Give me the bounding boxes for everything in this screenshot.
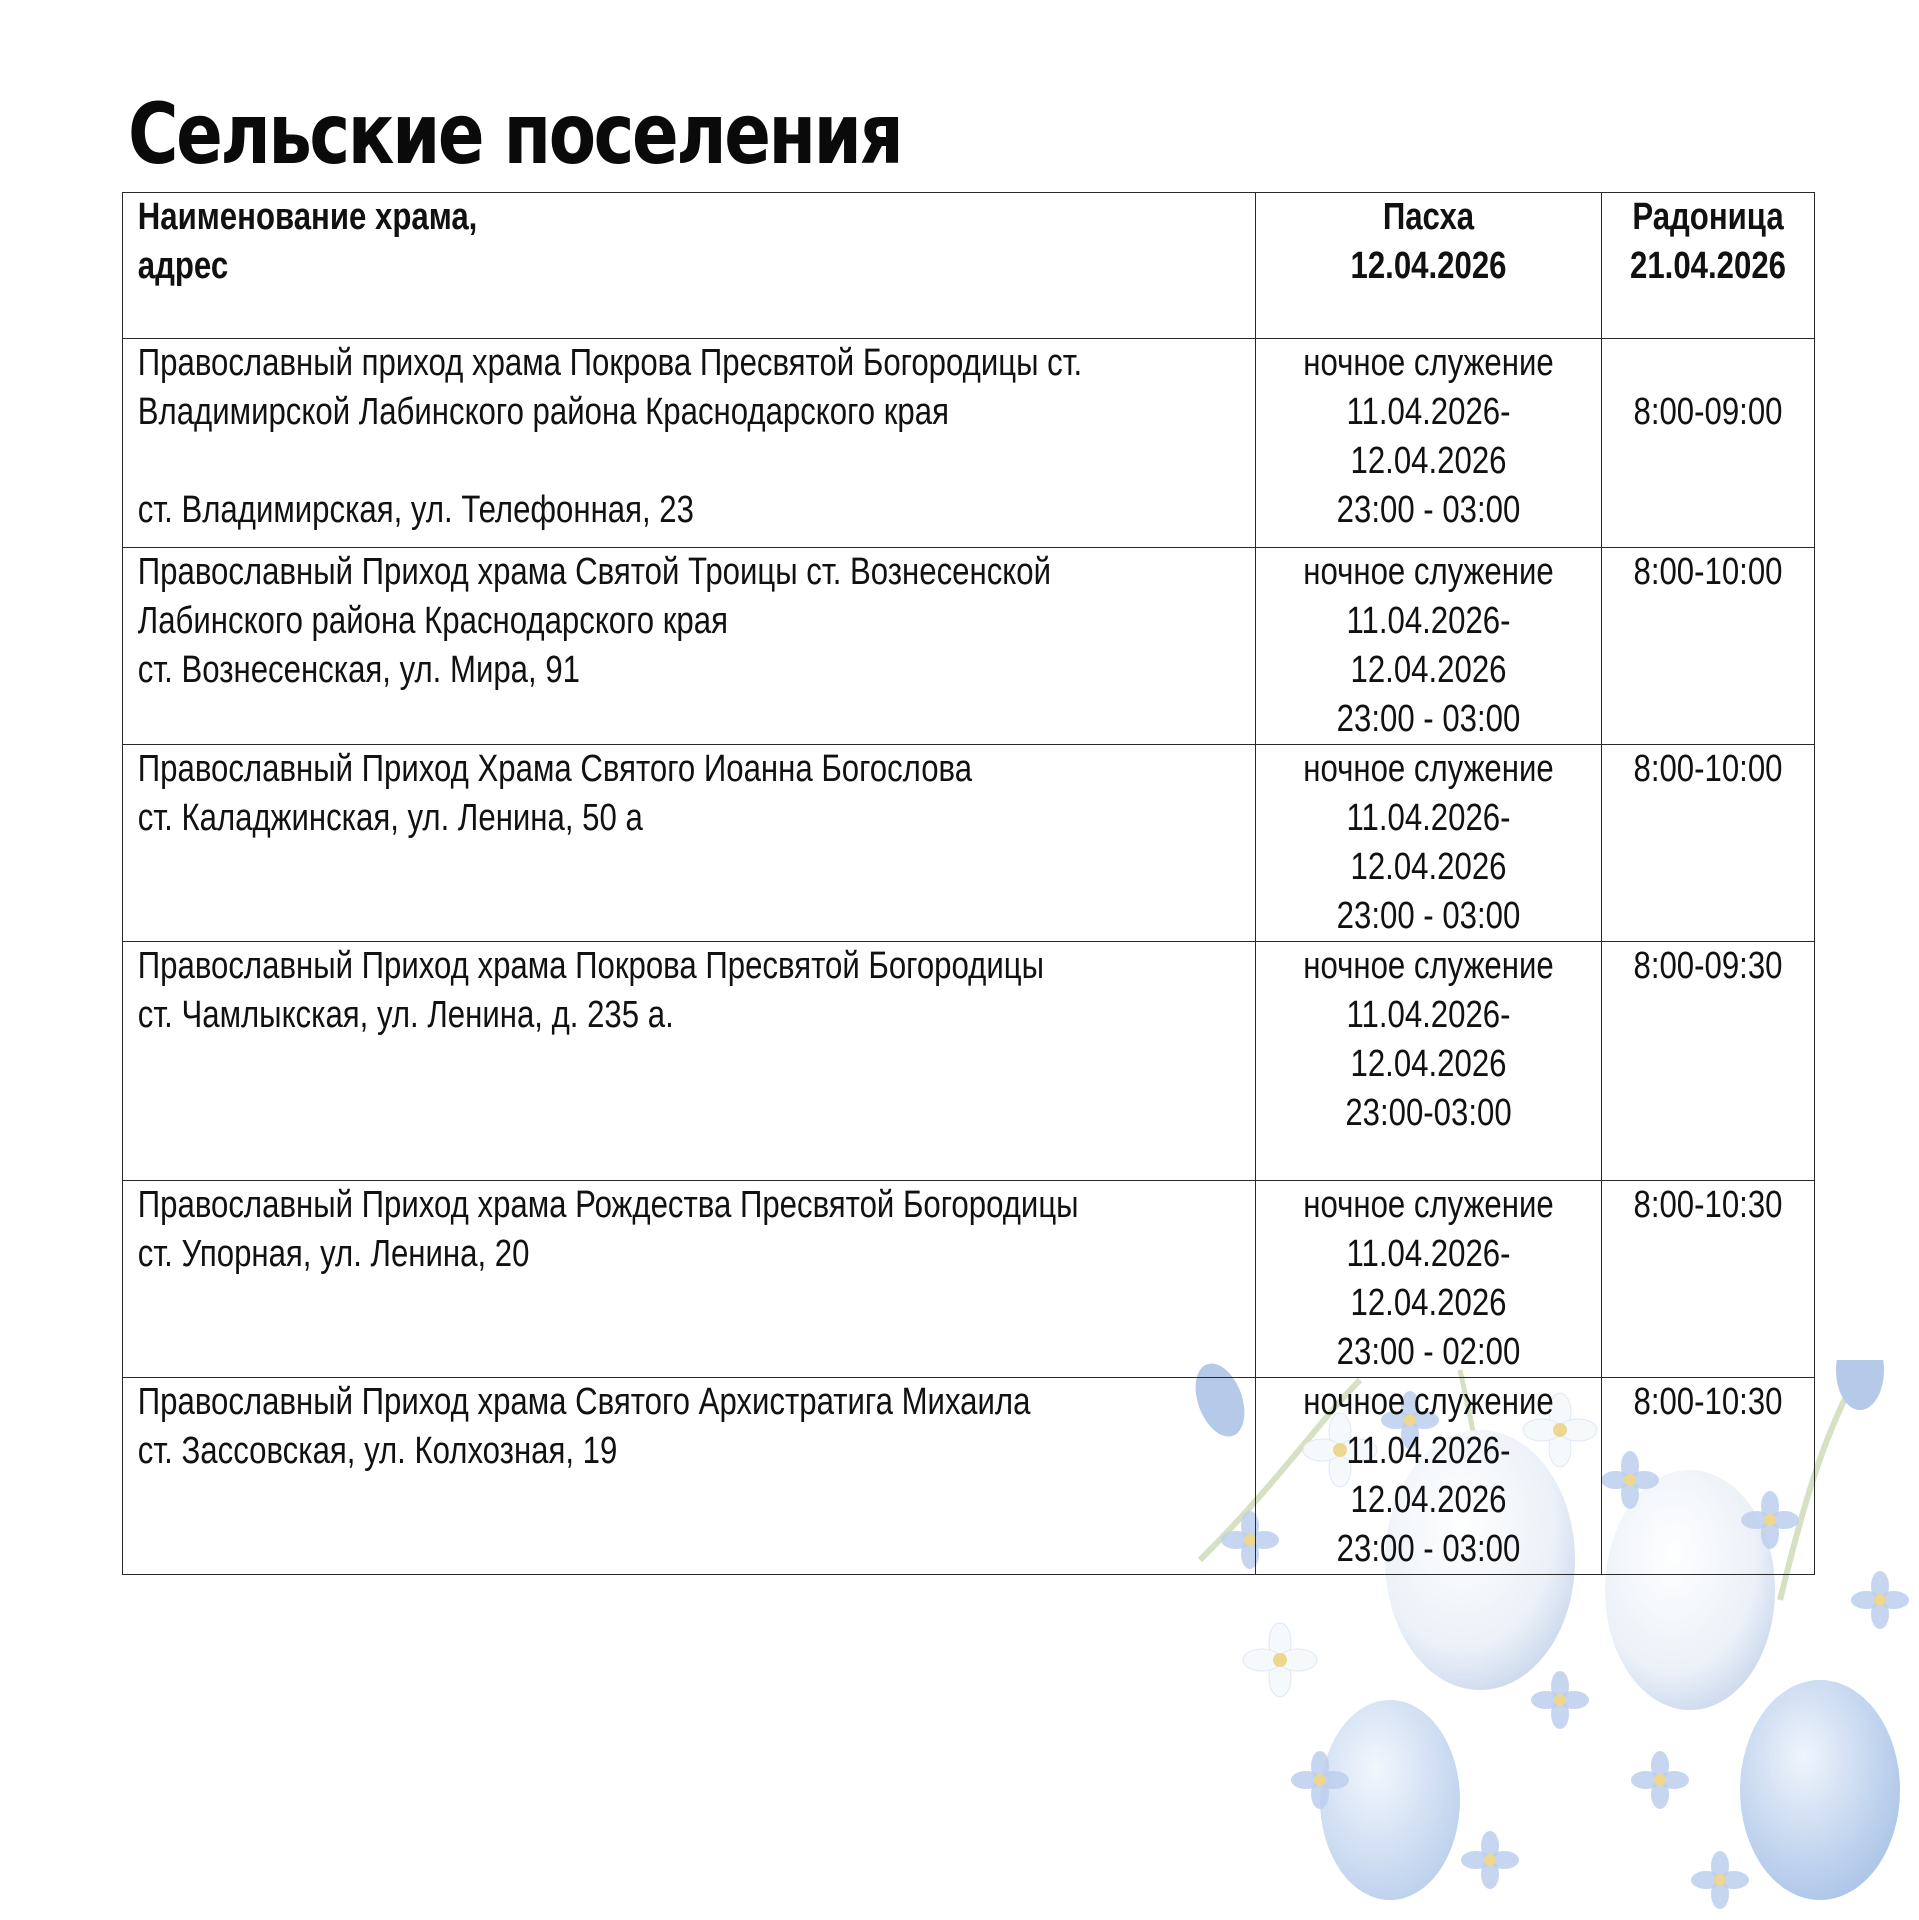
radonitsa-cell: 8:00-10:00: [1602, 548, 1815, 745]
pascha-time: 23:00 - 03:00: [1287, 695, 1570, 744]
pascha-text: 12.04.2026: [1287, 1279, 1570, 1328]
table-row: Православный Приход храма Святой Троицы …: [123, 548, 1815, 745]
temple-cell: Православный приход храма Покрова Пресвя…: [123, 339, 1256, 548]
pascha-text: 11.04.2026-: [1287, 597, 1570, 646]
pascha-cell: ночное служение 11.04.2026- 12.04.2026 2…: [1256, 1378, 1602, 1575]
pascha-text: 12.04.2026: [1287, 1040, 1570, 1089]
pascha-time: 23:00 - 03:00: [1287, 486, 1570, 535]
header-text: адрес: [138, 242, 1051, 291]
pascha-time: 23:00-03:00: [1287, 1089, 1570, 1138]
table-row: Православный Приход храма Рождества Прес…: [123, 1181, 1815, 1378]
pascha-text: ночное служение: [1287, 942, 1570, 991]
temple-name: Православный Приход храма Святой Троицы …: [138, 548, 1051, 597]
pascha-time: 23:00 - 03:00: [1287, 892, 1570, 941]
table-row: Православный Приход храма Святого Архист…: [123, 1378, 1815, 1575]
radonitsa-cell: 8:00-09:30: [1602, 942, 1815, 1181]
header-pascha: Пасха 12.04.2026: [1256, 193, 1602, 339]
pascha-cell: ночное служение 11.04.2026- 12.04.2026 2…: [1256, 745, 1602, 942]
radonitsa-cell: 8:00-09:00: [1602, 339, 1815, 548]
temple-address: ст. Каладжинская, ул. Ленина, 50 а: [138, 794, 1051, 843]
radonitsa-time: 8:00-10:00: [1621, 745, 1795, 794]
radonitsa-time: 8:00-10:00: [1621, 548, 1795, 597]
services-schedule-table: Наименование храма, адрес Пасха 12.04.20…: [122, 192, 1815, 1575]
header-temple-name: Наименование храма, адрес: [123, 193, 1256, 339]
temple-name: Православный Приход храма Рождества Прес…: [138, 1181, 1051, 1230]
radonitsa-cell: 8:00-10:30: [1602, 1378, 1815, 1575]
pascha-text: ночное служение: [1287, 1378, 1570, 1427]
pascha-text: 11.04.2026-: [1287, 388, 1570, 437]
pascha-text: ночное служение: [1287, 1181, 1570, 1230]
temple-name: Православный Приход храма Покрова Пресвя…: [138, 942, 1051, 991]
temple-name: Православный Приход Храма Святого Иоанна…: [138, 745, 1051, 794]
radonitsa-time: 8:00-09:00: [1621, 388, 1795, 437]
pascha-time: 23:00 - 02:00: [1287, 1328, 1570, 1377]
temple-address: ст. Владимирская, ул. Телефонная, 23: [138, 486, 1051, 535]
pascha-text: ночное служение: [1287, 339, 1570, 388]
header-text: Наименование храма,: [138, 193, 1051, 242]
pascha-text: 12.04.2026: [1287, 843, 1570, 892]
pascha-text: 11.04.2026-: [1287, 1230, 1570, 1279]
pascha-cell: ночное служение 11.04.2026- 12.04.2026 2…: [1256, 1181, 1602, 1378]
temple-address: ст. Зассовская, ул. Колхозная, 19: [138, 1427, 1051, 1476]
header-radonitsa: Радоница 21.04.2026: [1602, 193, 1815, 339]
radonitsa-cell: 8:00-10:30: [1602, 1181, 1815, 1378]
temple-address: ст. Упорная, ул. Ленина, 20: [138, 1230, 1051, 1279]
radonitsa-time: 8:00-10:30: [1621, 1378, 1795, 1427]
temple-cell: Православный Приход храма Святой Троицы …: [123, 548, 1256, 745]
temple-cell: Православный Приход храма Святого Архист…: [123, 1378, 1256, 1575]
pascha-text: 12.04.2026: [1287, 1476, 1570, 1525]
temple-address: ст. Чамлыкская, ул. Ленина, д. 235 а.: [138, 991, 1051, 1040]
temple-address: ст. Вознесенская, ул. Мира, 91: [138, 646, 1051, 695]
pascha-cell: ночное служение 11.04.2026- 12.04.2026 2…: [1256, 548, 1602, 745]
table-row: Православный Приход Храма Святого Иоанна…: [123, 745, 1815, 942]
table-row: Православный Приход храма Покрова Пресвя…: [123, 942, 1815, 1181]
pascha-text: 12.04.2026: [1287, 646, 1570, 695]
pascha-cell: ночное служение 11.04.2026- 12.04.2026 2…: [1256, 942, 1602, 1181]
page-title: Сельские поселения: [128, 92, 901, 176]
temple-name: Православный приход храма Покрова Пресвя…: [138, 339, 1051, 388]
pascha-text: ночное служение: [1287, 745, 1570, 794]
pascha-text: 12.04.2026: [1287, 437, 1570, 486]
header-text: Радоница: [1621, 193, 1795, 242]
pascha-time: 23:00 - 03:00: [1287, 1525, 1570, 1574]
temple-cell: Православный Приход храма Рождества Прес…: [123, 1181, 1256, 1378]
pascha-text: 11.04.2026-: [1287, 794, 1570, 843]
radonitsa-cell: 8:00-10:00: [1602, 745, 1815, 942]
temple-cell: Православный Приход Храма Святого Иоанна…: [123, 745, 1256, 942]
pascha-cell: ночное служение 11.04.2026- 12.04.2026 2…: [1256, 339, 1602, 548]
radonitsa-time: 8:00-10:30: [1621, 1181, 1795, 1230]
table-row: Православный приход храма Покрова Пресвя…: [123, 339, 1815, 548]
pascha-text: 11.04.2026-: [1287, 991, 1570, 1040]
pascha-text: ночное служение: [1287, 548, 1570, 597]
temple-name: Православный Приход храма Святого Архист…: [138, 1378, 1051, 1427]
header-text: 12.04.2026: [1287, 242, 1570, 291]
header-text: Пасха: [1287, 193, 1570, 242]
temple-name: Владимирской Лабинского района Краснодар…: [138, 388, 1051, 437]
temple-name: Лабинского района Краснодарского края: [138, 597, 1051, 646]
header-text: 21.04.2026: [1621, 242, 1795, 291]
radonitsa-time: 8:00-09:30: [1621, 942, 1795, 991]
table-header-row: Наименование храма, адрес Пасха 12.04.20…: [123, 193, 1815, 339]
pascha-text: 11.04.2026-: [1287, 1427, 1570, 1476]
temple-cell: Православный Приход храма Покрова Пресвя…: [123, 942, 1256, 1181]
